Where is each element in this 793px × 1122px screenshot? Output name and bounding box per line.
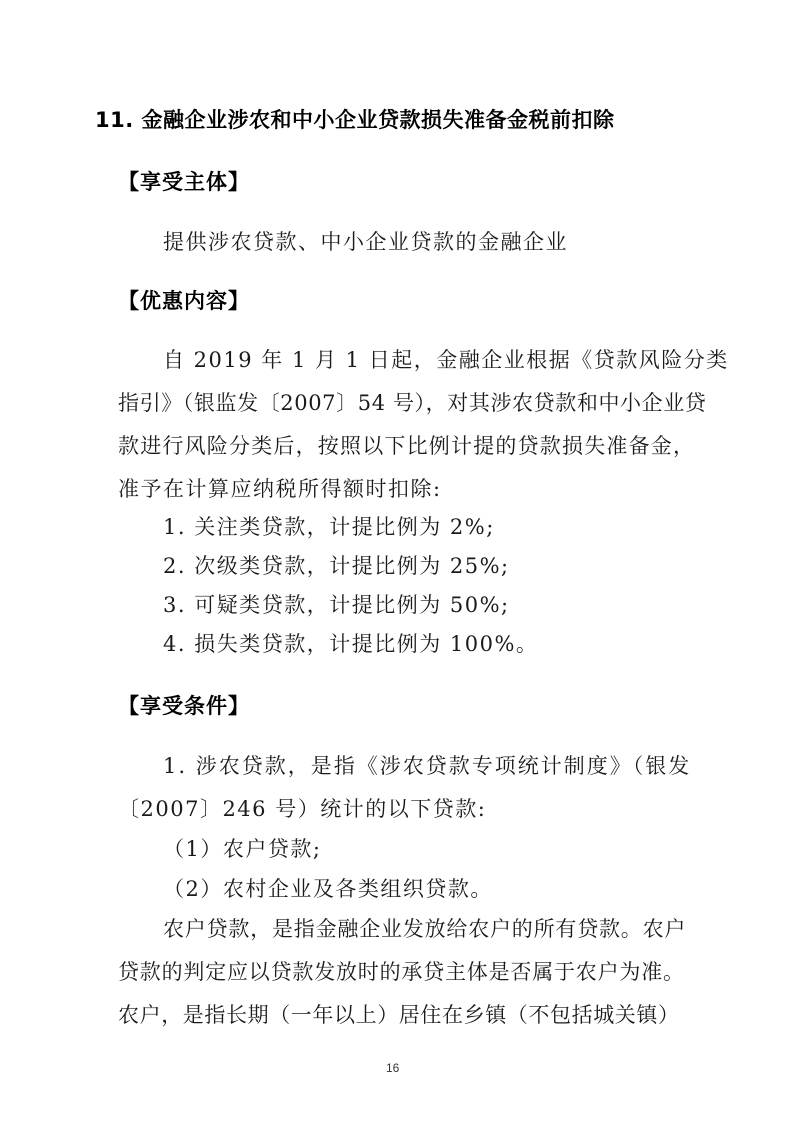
section-title: 11. 金融企业涉农和中小企业贷款损失准备金税前扣除 <box>95 104 615 134</box>
paragraph-line: 指引》（银监发〔2007〕54 号），对其涉农贷款和中小企业贷 <box>118 387 706 417</box>
paragraph-line: 自 2019 年 1 月 1 日起，金融企业根据《贷款风险分类 <box>163 344 729 374</box>
list-item: 1. 关注类贷款，计提比例为 2%; <box>163 511 495 541</box>
list-item: （2）农村企业及各类组织贷款。 <box>163 873 493 903</box>
heading-beneficiary: 【享受主体】 <box>118 166 250 196</box>
page-number: 16 <box>386 1061 399 1075</box>
paragraph-line: 1. 涉农贷款，是指《涉农贷款专项统计制度》（银发 <box>163 750 691 780</box>
heading-benefit-content: 【优惠内容】 <box>118 285 250 315</box>
list-item: 3. 可疑类贷款，计提比例为 50%; <box>163 589 510 619</box>
paragraph-line: 提供涉农贷款、中小企业贷款的金融企业 <box>163 226 568 256</box>
paragraph-line: 款进行风险分类后，按照以下比例计提的贷款损失准备金， <box>118 430 695 460</box>
paragraph-line: 〔2007〕246 号）统计的以下贷款: <box>118 793 486 823</box>
list-item: 4. 损失类贷款，计提比例为 100%。 <box>163 628 538 658</box>
paragraph-line: 贷款的判定应以贷款发放时的承贷主体是否属于农户为准。 <box>118 956 685 986</box>
list-item: （1）农户贷款; <box>163 833 321 863</box>
document-page: 11. 金融企业涉农和中小企业贷款损失准备金税前扣除 【享受主体】 提供涉农贷款… <box>0 0 793 1122</box>
paragraph-line: 准予在计算应纳税所得额时扣除: <box>118 473 442 503</box>
paragraph-line: 农户，是指长期（一年以上）居住在乡镇（不包括城关镇） <box>118 999 680 1029</box>
list-item: 2. 次级类贷款，计提比例为 25%; <box>163 550 510 580</box>
heading-conditions: 【享受条件】 <box>118 690 250 720</box>
paragraph-line: 农户贷款，是指金融企业发放给农户的所有贷款。农户 <box>163 913 686 943</box>
